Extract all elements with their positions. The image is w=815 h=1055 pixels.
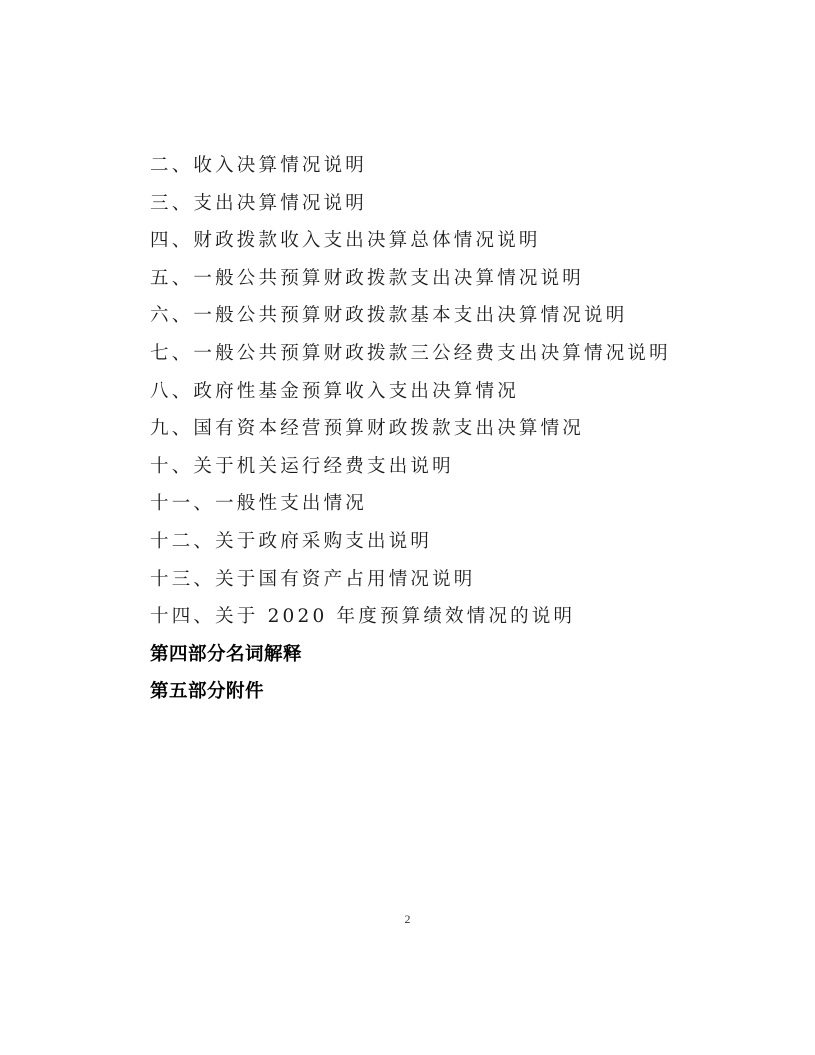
toc-part-attachments: 第五部分附件 bbox=[150, 673, 710, 711]
toc-item-state-assets: 十三、关于国有资产占用情况说明 bbox=[150, 561, 710, 599]
toc-item-fiscal-appropriation-overall: 四、财政拨款收入支出决算总体情况说明 bbox=[150, 222, 710, 260]
toc-item-state-capital-budget: 九、国有资本经营预算财政拨款支出决算情况 bbox=[150, 410, 710, 448]
toc-item-expenditure-settlement: 三、支出决算情况说明 bbox=[150, 185, 710, 223]
document-page: 二、收入决算情况说明 三、支出决算情况说明 四、财政拨款收入支出决算总体情况说明… bbox=[0, 0, 815, 1055]
toc-item-general-budget-expenditure: 五、一般公共预算财政拨款支出决算情况说明 bbox=[150, 260, 710, 298]
toc-item-general-budget-basic-expenditure: 六、一般公共预算财政拨款基本支出决算情况说明 bbox=[150, 297, 710, 335]
toc-item-income-settlement: 二、收入决算情况说明 bbox=[150, 147, 710, 185]
page-number: 2 bbox=[0, 912, 815, 927]
table-of-contents: 二、收入决算情况说明 三、支出决算情况说明 四、财政拨款收入支出决算总体情况说明… bbox=[150, 147, 710, 711]
toc-item-agency-operating-expenses: 十、关于机关运行经费支出说明 bbox=[150, 448, 710, 486]
toc-item-three-public-expenses: 七、一般公共预算财政拨款三公经费支出决算情况说明 bbox=[150, 335, 710, 373]
toc-item-government-procurement: 十二、关于政府采购支出说明 bbox=[150, 523, 710, 561]
toc-item-government-fund-budget: 八、政府性基金预算收入支出决算情况 bbox=[150, 373, 710, 411]
toc-part-glossary: 第四部分名词解释 bbox=[150, 636, 710, 674]
toc-item-budget-performance: 十四、关于 2020 年度预算绩效情况的说明 bbox=[150, 598, 710, 636]
toc-item-general-expenditure: 十一、一般性支出情况 bbox=[150, 485, 710, 523]
